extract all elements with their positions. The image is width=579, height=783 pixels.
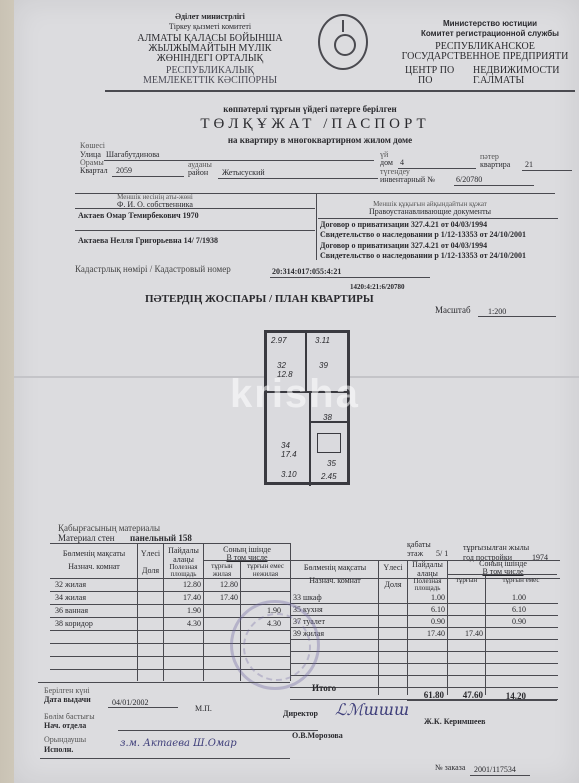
director-name: Ж.К. Керимшеев bbox=[424, 717, 485, 726]
block-value: 2059 bbox=[116, 166, 132, 175]
head-label-ru: Нач. отдела bbox=[44, 721, 86, 730]
title-subtitle-ru: на квартиру в многоквартирном жилом доме bbox=[190, 135, 450, 145]
mp-label: М.П. bbox=[195, 704, 212, 713]
room-useful: 1.90 bbox=[164, 606, 201, 615]
th-useful-ru: Полезная площадь bbox=[164, 564, 203, 578]
table-row-rule bbox=[290, 651, 558, 652]
room-useful: 0.90 bbox=[408, 617, 445, 626]
th-useful-ru-right: Полезная площадь bbox=[408, 578, 447, 592]
plan-room-34: 34 bbox=[281, 441, 290, 450]
cadastral-label: Кадастрлық нөмірі / Кадастровый номер bbox=[75, 264, 231, 274]
room-nonliving: 1.00 bbox=[486, 593, 526, 602]
total-living: 47.60 bbox=[448, 690, 483, 700]
director-signature: ℒℳɯɯɯ bbox=[335, 700, 409, 719]
floors-label-ru: этаж bbox=[407, 549, 423, 558]
th-purpose-ru: Назнач. комнат bbox=[52, 562, 136, 571]
plan-room-34-area: 17.4 bbox=[281, 450, 297, 459]
scale-value: 1:200 bbox=[488, 307, 506, 316]
order-value: 2001/117534 bbox=[474, 765, 516, 774]
header-right-line6b: Г.АЛМАТЫ bbox=[473, 75, 524, 86]
owners-divider bbox=[316, 194, 317, 260]
owner-1-doc1: Договор о приватизации 327.4.21 от 04/03… bbox=[320, 220, 487, 229]
exec-label-ru: Исполн. bbox=[44, 745, 73, 754]
street-underline bbox=[104, 160, 374, 161]
th-nonliving-right: тұрғын емес bbox=[486, 576, 556, 584]
th-useful-kz: Пайдалы алаңы bbox=[164, 546, 203, 564]
th-share-kz: Үлесі bbox=[138, 549, 163, 558]
district-underline bbox=[218, 178, 378, 179]
total-useful: 61.80 bbox=[408, 690, 444, 700]
head-name: О.В.Морозова bbox=[292, 731, 343, 740]
house-value: 4 bbox=[400, 158, 404, 167]
th-purpose-kz: Бөлменің мақсаты bbox=[52, 549, 136, 558]
room-useful: 17.40 bbox=[164, 593, 201, 602]
block-label-ru: Квартал bbox=[80, 166, 108, 175]
room-name: 32 жилая bbox=[55, 580, 137, 589]
owner-2-doc1: Договор о приватизации 327.4.21 от 04/03… bbox=[320, 241, 487, 250]
th-nonliving-ru: нежилая bbox=[241, 570, 290, 578]
apt-label-ru: квартира bbox=[480, 160, 510, 169]
plan-room-35: 35 bbox=[327, 459, 336, 468]
plan-title: ПӘТЕРДІҢ ЖОСПАРЫ / ПЛАН КВАРТИРЫ bbox=[145, 293, 374, 305]
room-name: 34 жилая bbox=[55, 593, 137, 602]
col-div bbox=[137, 543, 138, 681]
order-label: № заказа bbox=[435, 763, 465, 772]
header-rule bbox=[105, 90, 575, 92]
cadastral-sub: 1420:4:21:6/20780 bbox=[350, 283, 404, 291]
street-value: Шагабутдинова bbox=[106, 150, 159, 159]
apt-underline bbox=[522, 170, 572, 171]
th-share-ru: Доля bbox=[138, 566, 163, 575]
room-useful: 12.80 bbox=[164, 580, 201, 589]
inv-label-ru: инвентарный № bbox=[380, 175, 435, 184]
room-useful: 6.10 bbox=[408, 605, 445, 614]
header-left-line5: ЖӨНІНДЕГІ ОРТАЛЫҚ bbox=[130, 53, 290, 64]
page-title: ТӨЛҚҰЖАТ /ПАСПОРТ bbox=[170, 116, 460, 133]
scale-underline bbox=[478, 316, 556, 317]
th-incl-ru: В том числе bbox=[204, 553, 290, 562]
room-name: 33 шкаф bbox=[293, 593, 377, 602]
order-underline bbox=[470, 775, 530, 776]
district-label-ru: район bbox=[188, 168, 208, 177]
materials-label-ru: Материал стен bbox=[58, 533, 115, 543]
owner-separator bbox=[75, 230, 315, 231]
header-left-committee: Тіркеу қызметі комитеті bbox=[140, 22, 280, 31]
block-underline bbox=[112, 176, 184, 177]
th-living-ru: жилая bbox=[204, 570, 240, 578]
th-living-kz: тұрғын bbox=[204, 562, 240, 570]
table-row-rule bbox=[290, 663, 558, 664]
room-living: 17.40 bbox=[204, 593, 238, 602]
room-living: 12.80 bbox=[204, 580, 238, 589]
header-right-line6a: ПО bbox=[418, 75, 432, 86]
plan-dim-top-left: 2.97 bbox=[271, 336, 287, 345]
plan-room-39: 39 bbox=[319, 361, 328, 370]
owners-header-rule bbox=[75, 208, 315, 209]
table-row-rule bbox=[50, 591, 290, 592]
th-purpose-kz-right: Бөлменің мақсаты bbox=[292, 563, 378, 572]
head-underline bbox=[118, 730, 318, 731]
footer-top-rule bbox=[38, 682, 288, 683]
owner-1-doc2: Свидетельство о наследовании р 1/12-1335… bbox=[320, 230, 526, 239]
plan-room-32: 32 bbox=[277, 361, 286, 370]
apt-value: 21 bbox=[525, 160, 533, 169]
table-row-rule bbox=[290, 639, 558, 640]
header-left-line7: МЕМЛЕКЕТТІК КӘСІПОРНЫ bbox=[130, 75, 290, 86]
th-share-kz-right: Үлесі bbox=[379, 563, 407, 572]
th-living-right: тұрғын bbox=[448, 576, 485, 584]
owners-row-rule bbox=[318, 218, 558, 219]
footer-bottom-rule bbox=[40, 758, 290, 759]
th-purpose-ru-right: Назнач. комнат bbox=[292, 576, 378, 585]
cadastral-underline bbox=[270, 277, 430, 278]
watermark: krisha bbox=[230, 372, 360, 417]
th-incl-ru-right: В том числе bbox=[448, 567, 558, 576]
room-nonliving: 0.90 bbox=[486, 617, 526, 626]
header-right-ministry: Министерство юстиции bbox=[405, 19, 575, 28]
th-useful-kz-right: Пайдалы алаңы bbox=[408, 560, 447, 578]
header-right-committee: Комитет регистрационной службы bbox=[405, 29, 575, 38]
docs-header-ru: Правоустанавливающие документы bbox=[320, 207, 540, 216]
director-label: Директор bbox=[283, 709, 318, 718]
table-row-rule bbox=[290, 615, 558, 616]
header-left-ministry: Әділет министрлігі bbox=[140, 12, 280, 21]
house-label-ru: дом bbox=[380, 158, 393, 167]
plan-dim-bottom: 3.10 bbox=[281, 470, 297, 479]
room-living: 17.40 bbox=[448, 629, 483, 638]
room-nonliving: 6.10 bbox=[486, 605, 526, 614]
issue-label-kz: Берілген күні bbox=[44, 686, 90, 695]
scale-label: Масштаб bbox=[435, 305, 471, 315]
materials-label-kz: Қабырғасының материалы bbox=[58, 523, 160, 533]
street-label-kz: Көшесі bbox=[80, 141, 105, 150]
issue-underline bbox=[108, 707, 178, 708]
table-row-rule bbox=[290, 627, 558, 628]
inv-underline bbox=[454, 185, 534, 186]
issue-date: 04/01/2002 bbox=[112, 698, 148, 707]
cadastral-value: 20:314:017:055:4:21 bbox=[272, 267, 341, 276]
district-value: Жетысуский bbox=[222, 168, 265, 177]
table-row-rule bbox=[290, 603, 558, 604]
plan-dim-bottom-right: 2.45 bbox=[321, 472, 337, 481]
official-stamp bbox=[230, 600, 320, 690]
room-name: 36 ванная bbox=[55, 606, 137, 615]
materials-value: панельный 158 bbox=[130, 533, 192, 543]
room-name: 38 коридор bbox=[55, 619, 137, 628]
inv-value: 6/20780 bbox=[456, 175, 482, 184]
head-label-kz: Бөлім бастығы bbox=[44, 712, 95, 721]
owner-2-doc2: Свидетельство о наследовании р 1/12-1335… bbox=[320, 251, 526, 260]
th-nonliving-kz: тұрғын емес bbox=[241, 562, 290, 570]
room-useful: 4.30 bbox=[164, 619, 201, 628]
room-useful: 17.40 bbox=[408, 629, 445, 638]
th-share-ru-right: Доля bbox=[379, 580, 407, 589]
exec-signature: з.м. Актаева Ш.Омар bbox=[120, 738, 237, 749]
floors-label-kz: қабаты bbox=[407, 540, 431, 549]
owner-1-name: Актаев Омар Темирбекович 1970 bbox=[78, 211, 199, 220]
owner-2-name: Актаева Нелля Григорьевна 14/ 7/1938 bbox=[78, 236, 218, 245]
header-right-line4: ГОСУДАРСТВЕННОЕ ПРЕДПРИЯТИ bbox=[390, 51, 579, 62]
year-label-kz: тұрғызылған жылы bbox=[463, 543, 529, 552]
floors-value: 5/ 1 bbox=[436, 549, 448, 558]
total-label: Итого bbox=[312, 683, 336, 693]
title-subtitle-kz: көппәтерлі тұрғын үйдегі пәтерге берілге… bbox=[180, 104, 440, 114]
state-emblem-icon bbox=[318, 14, 368, 70]
total-rule bbox=[407, 700, 557, 701]
issue-label-ru: Дата выдачи bbox=[44, 695, 91, 704]
plan-dim-top-right: 3.11 bbox=[315, 336, 330, 345]
table-row-rule bbox=[290, 675, 558, 676]
exec-label-kz: Орындаушы bbox=[44, 735, 86, 744]
room-useful: 1.00 bbox=[408, 593, 445, 602]
table-top-rule-left bbox=[50, 543, 290, 544]
